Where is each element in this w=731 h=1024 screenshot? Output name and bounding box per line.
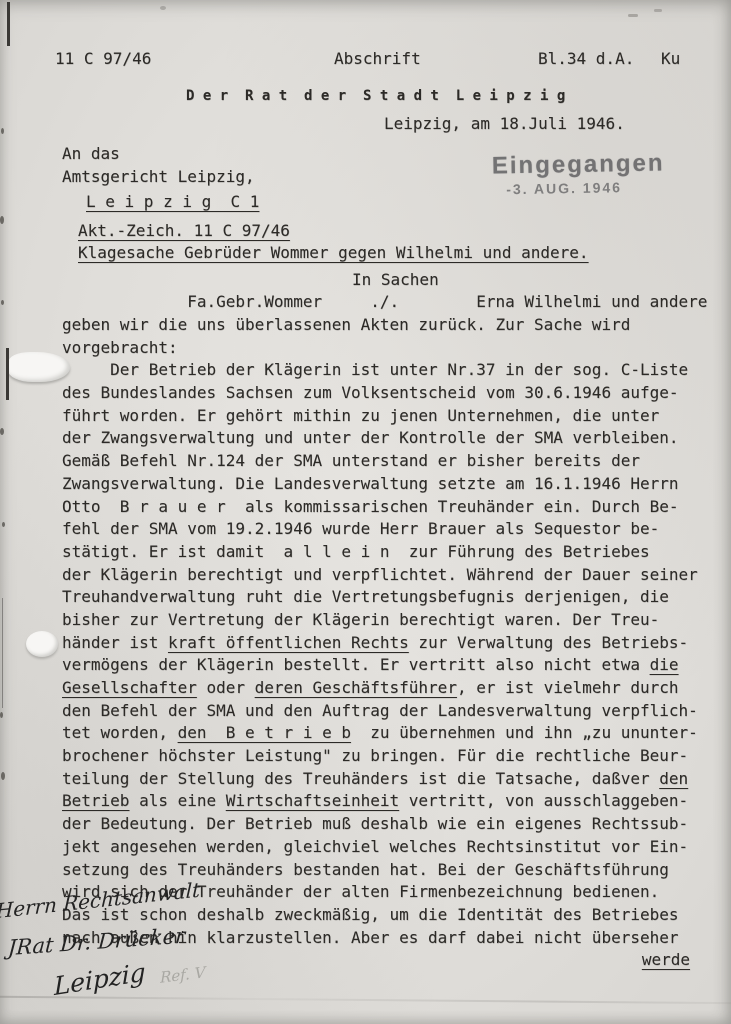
- punch-hole-tear: [8, 352, 70, 382]
- body-line: stätigt. Er ist damit a l l e i n zur Fü…: [62, 541, 690, 564]
- body-line: Gemäß Befehl Nr.124 der SMA unterstand e…: [62, 450, 690, 473]
- paper-speck: [654, 9, 662, 12]
- body-line: den Befehl der SMA und den Auftrag der L…: [62, 700, 690, 723]
- body-line: der Bedeutung. Der Betrieb muß deshalb w…: [62, 813, 690, 836]
- body-line: jekt angesehen werden, gleichviel welche…: [62, 836, 690, 859]
- body-line: brochener höchster Leistung" zu bringen.…: [62, 745, 690, 768]
- recipient-salutation: An das: [62, 144, 120, 163]
- body-line: des Bundeslandes Sachsen zum Volksentsch…: [62, 382, 690, 405]
- copy-label: Abschrift: [334, 49, 421, 68]
- case-title: Klagesache Gebrüder Wommer gegen Wilhelm…: [78, 243, 589, 262]
- parties-line: Fa.Gebr.Wommer ./. Erna Wilhelmi und and…: [62, 292, 707, 311]
- file-reference: Akt.-Zeich. 11 C 97/46: [78, 221, 290, 240]
- body-line: Gesellschafter oder deren Geschäftsführe…: [62, 677, 690, 700]
- case-number: 11 C 97/46: [55, 49, 151, 68]
- body-line: teilung der Stellung des Treuhänders ist…: [62, 768, 690, 791]
- body-line: setzung des Treuhänders bestanden hat. B…: [62, 859, 690, 882]
- body-line: händer ist kraft öffentlichen Rechts zur…: [62, 632, 690, 655]
- body-line: tet worden, den B e t r i e b zu überneh…: [62, 722, 690, 745]
- body-line: Treuhandverwaltung ruht die Vertretungsb…: [62, 586, 690, 609]
- paper-speck: [1, 300, 4, 305]
- paper-speck: [1, 128, 4, 134]
- body-line: Zwangsverwaltung. Die Landesverwaltung s…: [62, 473, 690, 496]
- edge-mark: [6, 348, 9, 400]
- recipient-city: L e i p z i g C 1: [86, 192, 259, 211]
- paper-speck: [1, 772, 5, 780]
- paper-crease: [0, 996, 731, 1004]
- body-line: fehl der SMA vom 19.2.1946 wurde Herr Br…: [62, 518, 690, 541]
- body-line: vorgebracht:: [62, 337, 690, 360]
- punch-hole: [26, 631, 58, 657]
- body-line: Otto B r a u e r als kommissarischen Tre…: [62, 496, 690, 519]
- body-line: werde: [62, 949, 690, 972]
- paper-speck: [628, 14, 638, 17]
- received-stamp-date: -3. AUG. 1946: [506, 178, 665, 197]
- body-line: der Zwangsverwaltung und unter der Kontr…: [62, 427, 690, 450]
- sheet-reference: Bl.34 d.A.: [538, 49, 634, 68]
- body-line: bisher zur Vertretung der Klägerin berec…: [62, 609, 690, 632]
- body-line: Betrieb als eine Wirtschaftseinheit vert…: [62, 790, 690, 813]
- paper-speck: [2, 522, 5, 527]
- edge-mark: [2, 598, 3, 708]
- in-re-label: In Sachen: [352, 270, 439, 289]
- received-stamp-label: Eingegangen: [492, 149, 665, 180]
- paper-speck: [0, 216, 4, 224]
- edge-mark: [7, 2, 10, 46]
- document-scan: 11 C 97/46 Abschrift Bl.34 d.A. Ku D e r…: [0, 0, 731, 1024]
- paper-speck: [160, 6, 166, 10]
- body-line: Das ist schon deshalb zweckmäßig, um die…: [62, 904, 690, 927]
- paper-speck: [0, 712, 3, 718]
- clerk-initials: Ku: [661, 49, 680, 68]
- paper-speck: [0, 428, 4, 435]
- body-text: geben wir die uns überlassenen Akten zur…: [62, 314, 690, 972]
- body-line: der Klägerin berechtigt und verpflichtet…: [62, 564, 690, 587]
- dateline: Leipzig, am 18.Juli 1946.: [384, 114, 625, 133]
- body-line: führt worden. Er gehört mithin zu jenen …: [62, 405, 690, 428]
- sender-title: D e r R a t d e r S t a d t L e i p z i …: [186, 88, 565, 104]
- body-line: vermögens der Klägerin bestellt. Er vert…: [62, 654, 690, 677]
- body-line: geben wir die uns überlassenen Akten zur…: [62, 314, 690, 337]
- received-stamp: Eingegangen -3. AUG. 1946: [492, 149, 665, 197]
- body-line: Der Betrieb der Klägerin ist unter Nr.37…: [62, 359, 690, 382]
- recipient-court: Amtsgericht Leipzig,: [62, 167, 255, 186]
